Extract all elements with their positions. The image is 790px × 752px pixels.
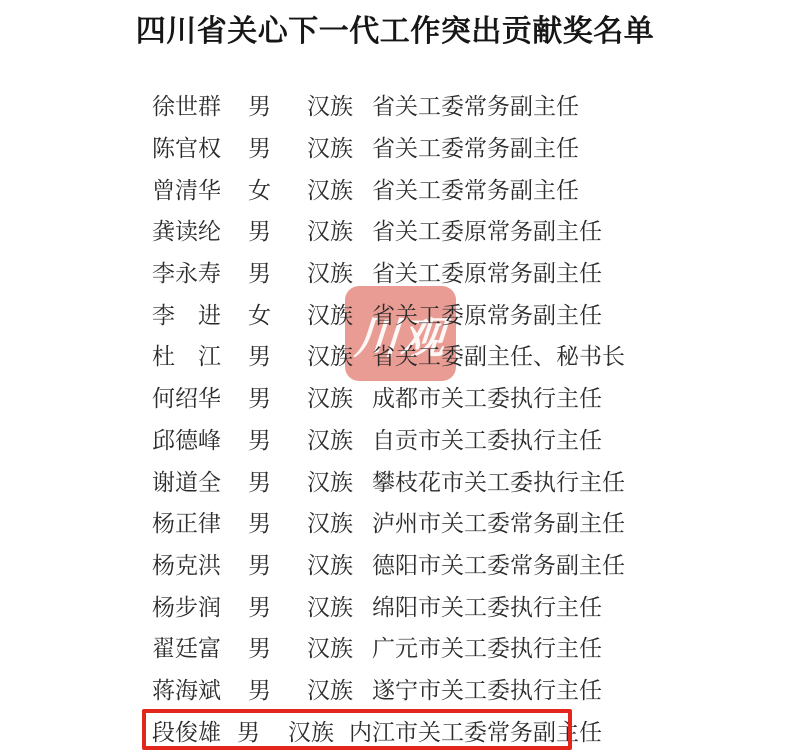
name-cell: 段俊雄	[152, 714, 228, 747]
table-row: 徐世群 男 汉族 省关工委常务副主任	[0, 84, 790, 126]
table-row: 曾清华 女 汉族 省关工委常务副主任	[0, 167, 790, 209]
ethnicity-cell: 汉族	[307, 464, 353, 497]
table-row: 杨正律 男 汉族 泸州市关工委常务副主任	[0, 501, 790, 543]
gender-cell: 男	[237, 714, 260, 747]
position-cell: 省关工委原常务副主任	[372, 297, 602, 330]
name-cell: 何绍华	[152, 380, 228, 413]
ethnicity-cell: 汉族	[307, 630, 353, 663]
position-cell: 德阳市关工委常务副主任	[372, 547, 625, 580]
ethnicity-cell: 汉族	[307, 213, 353, 246]
table-row: 蒋海斌 男 汉族 遂宁市关工委执行主任	[0, 668, 790, 710]
ethnicity-cell: 汉族	[307, 505, 353, 538]
ethnicity-cell: 汉族	[307, 672, 353, 705]
name-cell: 徐世群	[152, 88, 228, 121]
position-cell: 泸州市关工委常务副主任	[372, 505, 625, 538]
ethnicity-cell: 汉族	[307, 297, 353, 330]
gender-cell: 男	[248, 505, 271, 538]
name-cell: 陈官权	[152, 130, 228, 163]
page-title: 四川省关心下一代工作突出贡献奖名单	[0, 6, 790, 50]
ethnicity-cell: 汉族	[307, 422, 353, 455]
ethnicity-cell: 汉族	[307, 172, 353, 205]
ethnicity-cell: 汉族	[307, 255, 353, 288]
name-cell: 杜 江	[152, 338, 228, 371]
gender-cell: 男	[248, 589, 271, 622]
table-row: 何绍华 男 汉族 成都市关工委执行主任	[0, 376, 790, 418]
gender-cell: 男	[248, 547, 271, 580]
table-row: 龚读纶 男 汉族 省关工委原常务副主任	[0, 209, 790, 251]
gender-cell: 女	[248, 172, 271, 205]
position-cell: 自贡市关工委执行主任	[372, 422, 602, 455]
position-cell: 遂宁市关工委执行主任	[372, 672, 602, 705]
gender-cell: 男	[248, 255, 271, 288]
document-page: 四川省关心下一代工作突出贡献奖名单 川观 徐世群 男 汉族 省关工委常务副主任 …	[0, 0, 790, 752]
position-cell: 成都市关工委执行主任	[372, 380, 602, 413]
table-row: 李 进 女 汉族 省关工委原常务副主任	[0, 292, 790, 334]
gender-cell: 男	[248, 672, 271, 705]
gender-cell: 男	[248, 130, 271, 163]
name-cell: 蒋海斌	[152, 672, 228, 705]
position-cell: 省关工委原常务副主任	[372, 255, 602, 288]
name-cell: 杨克洪	[152, 547, 228, 580]
gender-cell: 男	[248, 422, 271, 455]
position-cell: 内江市关工委常务副主任	[349, 714, 602, 747]
gender-cell: 男	[248, 88, 271, 121]
table-row: 翟廷富 男 汉族 广元市关工委执行主任	[0, 626, 790, 668]
gender-cell: 男	[248, 213, 271, 246]
position-cell: 省关工委常务副主任	[372, 130, 579, 163]
name-cell: 李永寿	[152, 255, 228, 288]
table-row: 杜 江 男 汉族 省关工委副主任、秘书长	[0, 334, 790, 376]
name-cell: 李 进	[152, 297, 228, 330]
name-cell: 杨步润	[152, 589, 228, 622]
name-cell: 邱德峰	[152, 422, 228, 455]
table-row: 杨步润 男 汉族 绵阳市关工委执行主任	[0, 584, 790, 626]
ethnicity-cell: 汉族	[307, 547, 353, 580]
position-cell: 省关工委原常务副主任	[372, 213, 602, 246]
table-row: 陈官权 男 汉族 省关工委常务副主任	[0, 126, 790, 168]
gender-cell: 女	[248, 297, 271, 330]
table-row: 谢道全 男 汉族 攀枝花市关工委执行主任	[0, 459, 790, 501]
gender-cell: 男	[248, 630, 271, 663]
name-cell: 谢道全	[152, 464, 228, 497]
gender-cell: 男	[248, 464, 271, 497]
name-cell: 翟廷富	[152, 630, 228, 663]
gender-cell: 男	[248, 380, 271, 413]
ethnicity-cell: 汉族	[307, 380, 353, 413]
gender-cell: 男	[248, 338, 271, 371]
name-cell: 杨正律	[152, 505, 228, 538]
position-cell: 绵阳市关工委执行主任	[372, 589, 602, 622]
award-list: 徐世群 男 汉族 省关工委常务副主任 陈官权 男 汉族 省关工委常务副主任 曾清…	[0, 84, 790, 751]
position-cell: 攀枝花市关工委执行主任	[372, 464, 625, 497]
table-row: 邱德峰 男 汉族 自贡市关工委执行主任	[0, 418, 790, 460]
ethnicity-cell: 汉族	[307, 130, 353, 163]
table-row: 段俊雄 男 汉族 内江市关工委常务副主任	[0, 709, 790, 751]
table-row: 杨克洪 男 汉族 德阳市关工委常务副主任	[0, 543, 790, 585]
ethnicity-cell: 汉族	[307, 88, 353, 121]
ethnicity-cell: 汉族	[307, 338, 353, 371]
ethnicity-cell: 汉族	[307, 589, 353, 622]
name-cell: 龚读纶	[152, 213, 228, 246]
table-row: 李永寿 男 汉族 省关工委原常务副主任	[0, 251, 790, 293]
ethnicity-cell: 汉族	[288, 714, 334, 747]
position-cell: 广元市关工委执行主任	[372, 630, 602, 663]
position-cell: 省关工委常务副主任	[372, 88, 579, 121]
name-cell: 曾清华	[152, 172, 228, 205]
position-cell: 省关工委副主任、秘书长	[372, 338, 625, 371]
position-cell: 省关工委常务副主任	[372, 172, 579, 205]
